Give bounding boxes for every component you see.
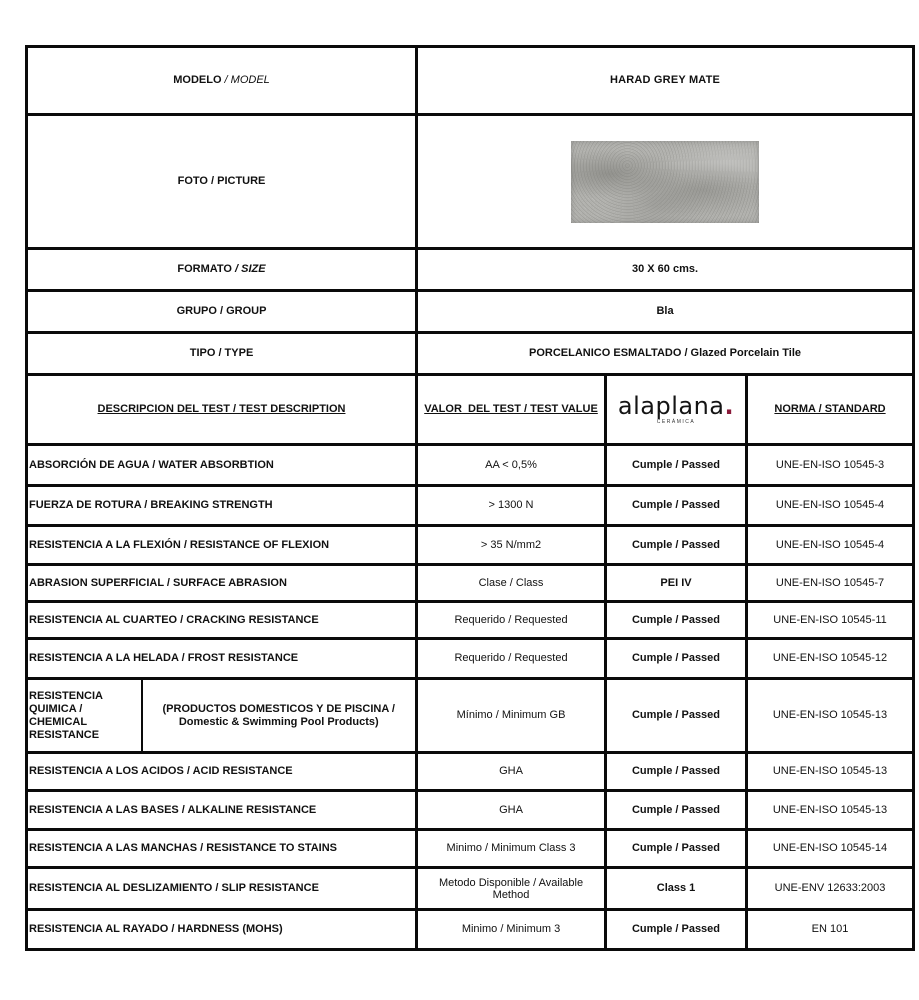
test-standard: UNE-EN-ISO 10545-4 xyxy=(747,486,914,526)
size-label-en: SIZE xyxy=(241,263,265,275)
test-value: Clase / Class xyxy=(417,565,606,602)
test-row: ABRASION SUPERFICIAL / SURFACE ABRASION … xyxy=(27,565,914,602)
logo-subtitle: CERÁMICA xyxy=(657,419,695,426)
brand-logo-cell: alaplana. CERÁMICA xyxy=(606,375,747,445)
test-standard: UNE-EN-ISO 10545-11 xyxy=(747,602,914,639)
test-value: > 35 N/mm2 xyxy=(417,526,606,565)
test-row: RESISTENCIA AL CUARTEO / CRACKING RESIST… xyxy=(27,602,914,639)
test-value: GHA xyxy=(417,791,606,830)
column-header-value: VALOR DEL TEST / TEST VALUE xyxy=(417,375,606,445)
picture-row: FOTO / PICTURE xyxy=(27,115,914,249)
model-label-en: MODEL xyxy=(231,74,270,86)
group-row: GRUPO / GROUP Bla xyxy=(27,291,914,333)
group-value: Bla xyxy=(417,291,914,333)
test-description: RESISTENCIA AL RAYADO / HARDNESS (MOHS) xyxy=(27,910,417,950)
test-standard: UNE-EN-ISO 10545-13 xyxy=(747,791,914,830)
size-value: 30 X 60 cms. xyxy=(417,249,914,291)
test-result: Cumple / Passed xyxy=(606,486,747,526)
test-row: ABSORCIÓN DE AGUA / WATER ABSORBTION AA … xyxy=(27,445,914,486)
size-label-es: FORMATO xyxy=(177,263,232,275)
type-value: PORCELANICO ESMALTADO / Glazed Porcelain… xyxy=(417,333,914,375)
test-description: RESISTENCIA A LA FLEXIÓN / RESISTANCE OF… xyxy=(27,526,417,565)
test-result: Cumple / Passed xyxy=(606,445,747,486)
test-value: > 1300 N xyxy=(417,486,606,526)
test-description: RESISTENCIA A LOS ACIDOS / ACID RESISTAN… xyxy=(27,753,417,791)
test-row: RESISTENCIA AL RAYADO / HARDNESS (MOHS) … xyxy=(27,910,914,950)
test-value: Metodo Disponible / Available Method xyxy=(417,868,606,910)
tile-picture xyxy=(571,141,759,223)
test-result: Cumple / Passed xyxy=(606,639,747,679)
test-result: Cumple / Passed xyxy=(606,830,747,868)
test-description: ABSORCIÓN DE AGUA / WATER ABSORBTION xyxy=(27,445,417,486)
test-result: Class 1 xyxy=(606,868,747,910)
test-value: AA < 0,5% xyxy=(417,445,606,486)
model-label-es: MODELO xyxy=(173,74,221,86)
logo-wordmark: alaplana xyxy=(618,392,725,420)
test-result: Cumple / Passed xyxy=(606,679,747,753)
technical-datasheet: MODELO / MODEL HARAD GREY MATE FOTO / PI… xyxy=(25,45,912,948)
test-result: Cumple / Passed xyxy=(606,753,747,791)
test-standard: UNE-EN-ISO 10545-13 xyxy=(747,753,914,791)
size-label-sep: / xyxy=(232,263,241,275)
test-description: RESISTENCIA AL CUARTEO / CRACKING RESIST… xyxy=(27,602,417,639)
test-row: FUERZA DE ROTURA / BREAKING STRENGTH > 1… xyxy=(27,486,914,526)
test-standard: UNE-EN-ISO 10545-14 xyxy=(747,830,914,868)
model-value: HARAD GREY MATE xyxy=(417,47,914,115)
alaplana-logo: alaplana. CERÁMICA xyxy=(618,394,734,426)
test-value: Minimo / Minimum Class 3 xyxy=(417,830,606,868)
test-description: ABRASION SUPERFICIAL / SURFACE ABRASION xyxy=(27,565,417,602)
test-value: Minimo / Minimum 3 xyxy=(417,910,606,950)
test-value: GHA xyxy=(417,753,606,791)
test-description: RESISTENCIA AL DESLIZAMIENTO / SLIP RESI… xyxy=(27,868,417,910)
chemical-detail: (PRODUCTOS DOMESTICOS Y DE PISCINA / Dom… xyxy=(142,679,417,753)
picture-cell xyxy=(417,115,914,249)
column-header-row: DESCRIPCION DEL TEST / TEST DESCRIPTION … xyxy=(27,375,914,445)
test-value: Mínimo / Minimum GB xyxy=(417,679,606,753)
model-row: MODELO / MODEL HARAD GREY MATE xyxy=(27,47,914,115)
test-result: Cumple / Passed xyxy=(606,791,747,830)
column-header-description: DESCRIPCION DEL TEST / TEST DESCRIPTION xyxy=(27,375,417,445)
test-standard: UNE-ENV 12633:2003 xyxy=(747,868,914,910)
test-standard: EN 101 xyxy=(747,910,914,950)
test-result: PEI IV xyxy=(606,565,747,602)
test-description: RESISTENCIA A LAS BASES / ALKALINE RESIS… xyxy=(27,791,417,830)
test-result: Cumple / Passed xyxy=(606,526,747,565)
test-value: Requerido / Requested xyxy=(417,602,606,639)
test-row: RESISTENCIA AL DESLIZAMIENTO / SLIP RESI… xyxy=(27,868,914,910)
spec-table: MODELO / MODEL HARAD GREY MATE FOTO / PI… xyxy=(25,45,915,951)
group-label: GRUPO / GROUP xyxy=(27,291,417,333)
size-label: FORMATO / SIZE xyxy=(27,249,417,291)
test-row: RESISTENCIA A LA FLEXIÓN / RESISTANCE OF… xyxy=(27,526,914,565)
test-row: RESISTENCIA A LA HELADA / FROST RESISTAN… xyxy=(27,639,914,679)
test-standard: UNE-EN-ISO 10545-3 xyxy=(747,445,914,486)
test-row: RESISTENCIA A LAS MANCHAS / RESISTANCE T… xyxy=(27,830,914,868)
test-standard: UNE-EN-ISO 10545-12 xyxy=(747,639,914,679)
test-result: Cumple / Passed xyxy=(606,910,747,950)
test-result: Cumple / Passed xyxy=(606,602,747,639)
test-standard: UNE-EN-ISO 10545-4 xyxy=(747,526,914,565)
column-header-standard: NORMA / STANDARD xyxy=(747,375,914,445)
picture-label: FOTO / PICTURE xyxy=(27,115,417,249)
test-standard: UNE-EN-ISO 10545-7 xyxy=(747,565,914,602)
model-label: MODELO / MODEL xyxy=(27,47,417,115)
test-description: FUERZA DE ROTURA / BREAKING STRENGTH xyxy=(27,486,417,526)
test-row: RESISTENCIA A LOS ACIDOS / ACID RESISTAN… xyxy=(27,753,914,791)
type-label: TIPO / TYPE xyxy=(27,333,417,375)
size-row: FORMATO / SIZE 30 X 60 cms. xyxy=(27,249,914,291)
chemical-description: RESISTENCIA QUIMICA / CHEMICAL RESISTANC… xyxy=(27,679,142,753)
test-row: RESISTENCIA A LAS BASES / ALKALINE RESIS… xyxy=(27,791,914,830)
test-standard: UNE-EN-ISO 10545-13 xyxy=(747,679,914,753)
logo-dot-icon: . xyxy=(725,392,735,420)
test-value: Requerido / Requested xyxy=(417,639,606,679)
test-description: RESISTENCIA A LA HELADA / FROST RESISTAN… xyxy=(27,639,417,679)
chemical-resistance-row: RESISTENCIA QUIMICA / CHEMICAL RESISTANC… xyxy=(27,679,914,753)
model-label-sep: / xyxy=(222,74,231,86)
test-description: RESISTENCIA A LAS MANCHAS / RESISTANCE T… xyxy=(27,830,417,868)
type-row: TIPO / TYPE PORCELANICO ESMALTADO / Glaz… xyxy=(27,333,914,375)
